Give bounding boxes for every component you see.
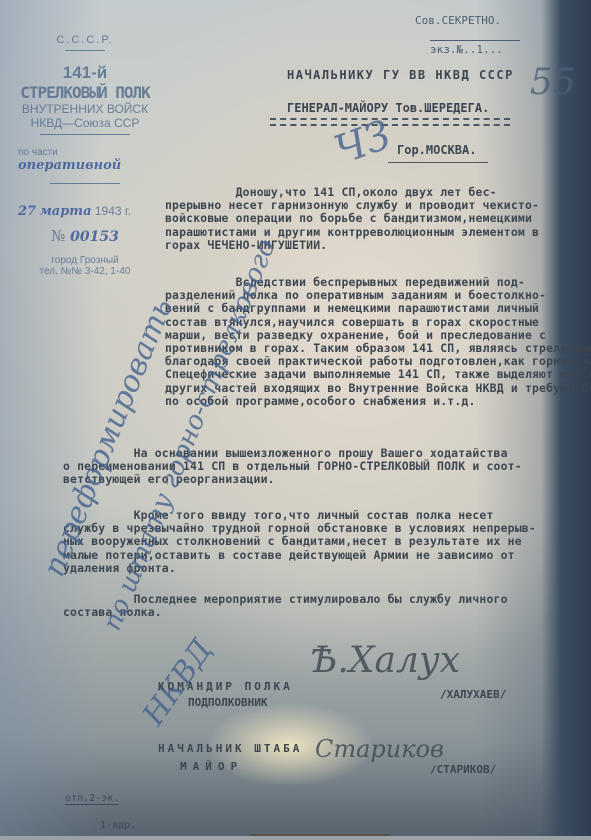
- stamp-unit-name: СТРЕЛКОВЫЙ ПОЛК: [10, 83, 160, 102]
- paragraph-1: Доношу,что 141 СП,около двух лет бес- пр…: [165, 186, 539, 252]
- signature-1-title-1: КОМАНДИР ПОЛКА: [158, 680, 293, 693]
- signature-2-title-1: НАЧАЛЬНИК ШТАБА: [158, 742, 302, 755]
- stamp-number-value: 00153: [70, 229, 119, 245]
- stamp-date-day: 27: [18, 204, 36, 219]
- stamp-unit-number: 141-й: [10, 63, 160, 83]
- stamp-date-month: марта: [39, 204, 91, 219]
- paragraph-3: На основании вышеизложенного прошу Вашег…: [63, 447, 522, 487]
- signature-1-handwritten: Ѣ.Халух: [310, 640, 460, 681]
- stamp-country: С.С.С.Р.: [10, 34, 160, 46]
- footer-line-2: 1-адр.: [100, 820, 136, 831]
- handwritten-number: 55: [530, 62, 576, 103]
- stamp-department-prefix: по части: [18, 147, 58, 158]
- stamp-department-handwritten: оперативной: [18, 158, 121, 173]
- stamp-number-prefix: №: [51, 227, 65, 245]
- stamp-phone: тел. №№ 3-42, 1-40: [10, 266, 160, 277]
- signature-1-name: /ХАЛУХАЕВ/: [440, 688, 506, 701]
- scan-bottom-strip: [0, 836, 591, 840]
- signature-1-title-2: ПОДПОЛКОВНИК: [188, 696, 267, 709]
- stamp-date-row: 27 марта 1943 г.: [10, 204, 160, 219]
- signature-2-title-2: МАЙОР: [180, 760, 243, 773]
- stamp-number-row: № 00153: [10, 227, 160, 245]
- stamp-ornament: [50, 183, 120, 190]
- stamp-ornament: [40, 134, 130, 141]
- separator-line: [270, 118, 510, 126]
- letterhead-stamp: С.С.С.Р. 141-й СТРЕЛКОВЫЙ ПОЛК ВНУТРЕННИ…: [10, 34, 160, 277]
- addressee-line-1: НАЧАЛЬНИКУ ГУ ВВ НКВД СССР: [287, 68, 514, 82]
- signature-2-handwritten: Стариков: [315, 735, 444, 763]
- underline: [388, 162, 488, 163]
- stamp-ornament: [65, 50, 105, 57]
- copy-number: экз.№..1...: [430, 40, 520, 56]
- stamp-date-year: 1943 г.: [95, 204, 131, 218]
- stamp-department-row: по части оперативной: [10, 147, 160, 173]
- addressee-line-2: ГЕНЕРАЛ-МАЙОРУ Тов.ШЕРЕДЕГА.: [287, 101, 489, 115]
- classification-mark: Сов.СЕКРЕТНО.: [415, 14, 501, 27]
- signature-2-name: /СТАРИКОВ/: [430, 763, 496, 776]
- scan-edge-shadow: [541, 0, 591, 840]
- addressee-line-3: Гор.МОСКВА.: [397, 143, 476, 157]
- stamp-troops: ВНУТРЕННИХ ВОЙСК: [10, 102, 160, 116]
- stamp-city: город Грозный: [10, 255, 160, 266]
- footer-line-1: отп.2-эк.: [65, 793, 119, 805]
- stamp-agency: НКВД—Союза ССР: [10, 116, 160, 130]
